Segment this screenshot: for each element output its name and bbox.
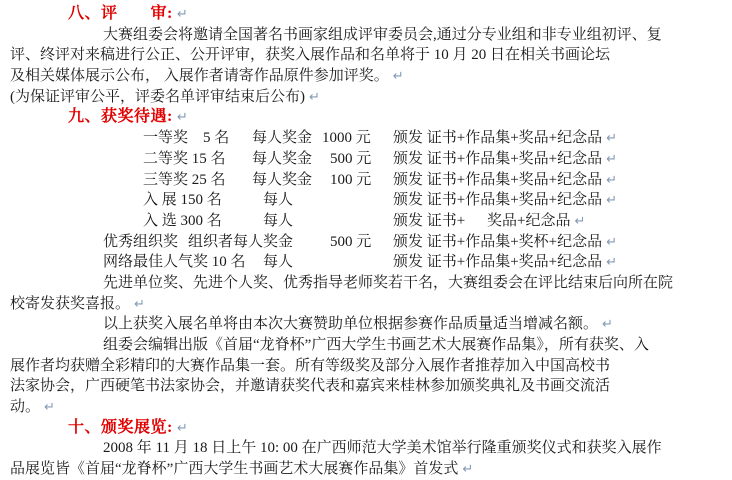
line-text: 校寄发获奖喜报。 — [10, 296, 130, 312]
line-text: (为保证评审公平，评委名单评审结束后公布) — [10, 89, 305, 105]
award-field: 一等奖 5 名 — [143, 128, 229, 149]
paragraph-mark-icon: ↵ — [602, 317, 613, 332]
award-field: 三等奖 25 名 — [143, 170, 226, 191]
line-text: 展作者均获赠全彩精印的大赛作品集一套。所有等级奖及部分入展作者推荐加入中国高校书 — [10, 358, 610, 374]
award-field: 颁发 证书+ — [393, 211, 465, 232]
award-field: 每人奖金 — [252, 170, 312, 191]
award-row: 二等奖 15 名每人奖金500 元颁发 证书+作品集+奖品+纪念品↵ — [0, 149, 732, 170]
award-field: 入 展 150 名 — [143, 190, 222, 211]
award-field: 优秀组织奖 — [103, 232, 178, 253]
award-field: 500 元 — [330, 232, 371, 253]
paragraph-mark-icon: ↵ — [606, 173, 617, 188]
paragraph-mark-icon: ↵ — [177, 7, 188, 22]
paragraph-mark-icon: ↵ — [606, 235, 617, 250]
paragraph-mark-icon: ↵ — [44, 400, 55, 415]
line-text: 2008 年 11 月 18 日上午 10: 00 在广西师范大学美术馆举行隆重… — [103, 440, 662, 456]
heading-text: 九、获奖待遇: — [68, 108, 173, 125]
line-text: 评、终评对来稿进行公正、公开评审，获奖入展作品和名单将于 10 月 20 日在相… — [10, 47, 610, 63]
paragraph-mark-icon: ↵ — [574, 214, 585, 229]
award-field: 每人 — [263, 252, 293, 273]
text-line: 校寄发获奖喜报。↵ — [0, 294, 732, 315]
text-line: 组委会编辑出版《首届“龙脊杯”广西大学生书画艺术大展赛作品集》，所有获奖、入 — [0, 335, 732, 356]
award-row: 入 选 300 名每人颁发 证书+奖品+纪念品↵ — [0, 211, 732, 232]
award-field: 每人 — [263, 190, 293, 211]
award-field: 入 选 300 名 — [143, 211, 222, 232]
line-text: 大赛组委会将邀请全国著名书画家组成评审委员会,通过分专业组和非专业组初评、复 — [103, 27, 662, 43]
line-text: 以上获奖入展名单将由本次大赛赞助单位根据参赛作品质量适当增减名额。 — [103, 316, 598, 332]
award-field: 每人 — [263, 211, 293, 232]
paragraph-mark-icon: ↵ — [177, 421, 188, 436]
award-field: 网络最佳人气奖 10 名 — [103, 252, 246, 273]
text-line: 法家协会，广西硬笔书法家协会，并邀请获奖代表和嘉宾来桂林参加颁奖典礼及书画交流活 — [0, 376, 732, 397]
award-row: 网络最佳人气奖 10 名每人颁发 证书+作品集+奖品+纪念品↵ — [0, 252, 732, 273]
award-field: 颁发 证书+作品集+奖品+纪念品↵ — [393, 149, 617, 171]
award-row: 优秀组织奖组织者每人奖金500 元颁发 证书+作品集+奖杯+纪念品↵ — [0, 232, 732, 253]
line-text: 法家协会，广西硬笔书法家协会，并邀请获奖代表和嘉宾来桂林参加颁奖典礼及书画交流活 — [10, 378, 610, 394]
award-field: 颁发 证书+作品集+奖品+纪念品↵ — [393, 190, 617, 212]
document-page: 八、评 审:↵大赛组委会将邀请全国著名书画家组成评审委员会,通过分专业组和非专业… — [0, 0, 732, 480]
award-field: 颁发 证书+作品集+奖品+纪念品↵ — [393, 252, 617, 274]
text-line: 2008 年 11 月 18 日上午 10: 00 在广西师范大学美术馆举行隆重… — [0, 438, 732, 459]
award-field: 1000 元 — [322, 128, 371, 149]
award-field: 每人奖金 — [252, 128, 312, 149]
section-heading: 八、评 审:↵ — [0, 4, 732, 25]
line-text: 组委会编辑出版《首届“龙脊杯”广西大学生书画艺术大展赛作品集》，所有获奖、入 — [103, 337, 649, 353]
paragraph-mark-icon: ↵ — [606, 152, 617, 167]
text-line: 以上获奖入展名单将由本次大赛赞助单位根据参赛作品质量适当增减名额。↵ — [0, 314, 732, 335]
paragraph-mark-icon: ↵ — [462, 462, 473, 477]
paragraph-mark-icon: ↵ — [606, 255, 617, 270]
text-line: 及相关媒体展示公布， 入展作者请寄作品原件参加评奖。↵ — [0, 66, 732, 87]
text-line: 先进单位奖、先进个人奖、优秀指导老师奖若干名，大赛组委会在评比结束后向所在院 — [0, 273, 732, 294]
award-field: 每人奖金 — [252, 149, 312, 170]
text-line: 评、终评对来稿进行公正、公开评审，获奖入展作品和名单将于 10 月 20 日在相… — [0, 45, 732, 66]
paragraph-mark-icon: ↵ — [309, 90, 320, 105]
award-row: 一等奖 5 名每人奖金1000 元颁发 证书+作品集+奖品+纪念品↵ — [0, 128, 732, 149]
paragraph-mark-icon: ↵ — [177, 110, 188, 125]
award-field: 组织者每人奖金 — [188, 232, 293, 253]
award-field: 500 元 — [330, 149, 371, 170]
line-text: 先进单位奖、先进个人奖、优秀指导老师奖若干名，大赛组委会在评比结束后向所在院 — [103, 275, 673, 291]
line-text: 及相关媒体展示公布， 入展作者请寄作品原件参加评奖。 — [10, 68, 389, 84]
award-field: 颁发 证书+作品集+奖品+纪念品↵ — [393, 128, 617, 150]
paragraph-mark-icon: ↵ — [606, 131, 617, 146]
section-heading: 十、颁奖展览:↵ — [0, 418, 732, 439]
text-line: 大赛组委会将邀请全国著名书画家组成评审委员会,通过分专业组和非专业组初评、复 — [0, 25, 732, 46]
paragraph-mark-icon: ↵ — [393, 69, 404, 84]
award-row: 入 展 150 名每人颁发 证书+作品集+奖品+纪念品↵ — [0, 190, 732, 211]
paragraph-mark-icon: ↵ — [134, 297, 145, 312]
award-row: 三等奖 25 名每人奖金100 元颁发 证书+作品集+奖品+纪念品↵ — [0, 170, 732, 191]
text-line: 展作者均获赠全彩精印的大赛作品集一套。所有等级奖及部分入展作者推荐加入中国高校书 — [0, 356, 732, 377]
text-line: 动。↵ — [0, 397, 732, 418]
section-heading: 九、获奖待遇:↵ — [0, 107, 732, 128]
award-field: 颁发 证书+作品集+奖杯+纪念品↵ — [393, 232, 617, 254]
award-field: 二等奖 15 名 — [143, 149, 226, 170]
heading-text: 八、评 审: — [68, 5, 173, 22]
award-field: 奖品+纪念品↵ — [487, 211, 585, 233]
line-text: 品展览皆《首届“龙脊杯”广西大学生书画艺术大展赛作品集》首发式 — [10, 461, 458, 477]
award-field: 100 元 — [330, 170, 371, 191]
award-field: 颁发 证书+作品集+奖品+纪念品↵ — [393, 170, 617, 192]
text-line: 品展览皆《首届“龙脊杯”广西大学生书画艺术大展赛作品集》首发式↵ — [0, 459, 732, 480]
paragraph-mark-icon: ↵ — [606, 193, 617, 208]
line-text: 动。 — [10, 399, 40, 415]
text-line: (为保证评审公平，评委名单评审结束后公布)↵ — [0, 87, 732, 108]
heading-text: 十、颁奖展览: — [68, 419, 173, 436]
